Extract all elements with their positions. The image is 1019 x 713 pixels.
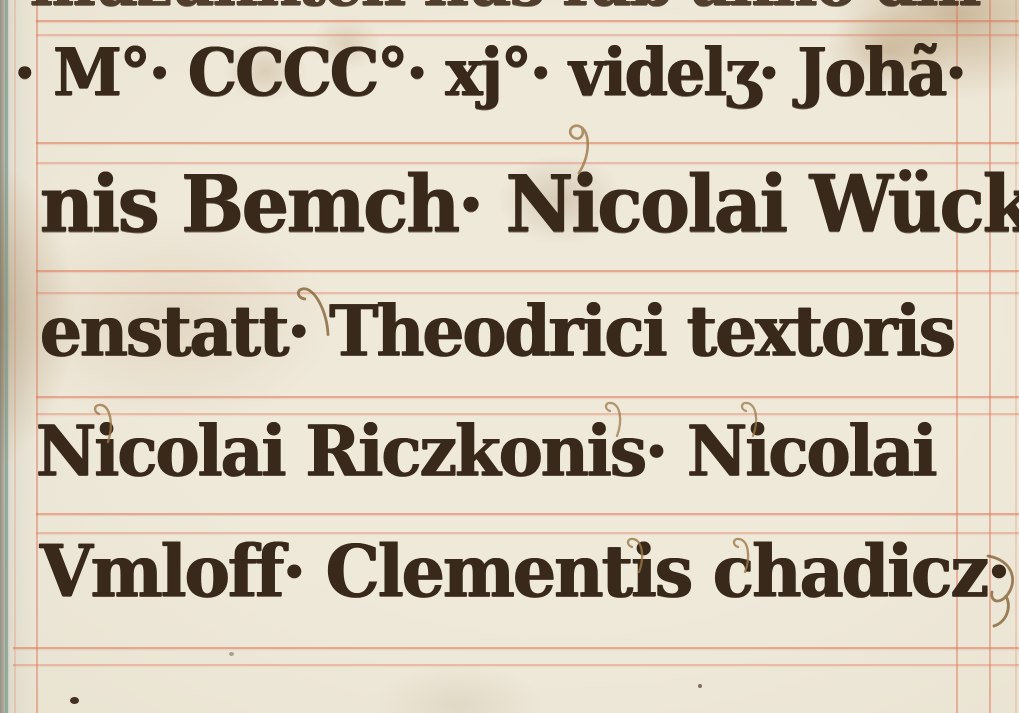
ruling-line-horizontal (13, 647, 1019, 649)
manuscript-line-6: Vmloff· Clementis chadicz· (40, 536, 1009, 608)
ink-speck (229, 652, 234, 656)
ruling-line-horizontal (36, 270, 1019, 272)
page-left-edge-line (5, 0, 8, 713)
manuscript-line-2: · M°· CCCC°· xj°· videlʒ· Johã· (14, 40, 965, 106)
ruling-line-horizontal (36, 513, 1019, 515)
ink-speck (70, 697, 79, 704)
ruling-line-vertical (1015, 0, 1017, 713)
ruling-line-horizontal (13, 664, 1019, 666)
ruling-line-horizontal (36, 142, 1019, 144)
manuscript-line-3: nis Bemch· Nicolai Wück (40, 166, 1019, 244)
manuscript-line-4: enstatt· Theodrici textoris (40, 296, 954, 366)
manuscript-line-1-cropped: muzunkten nus ſub anno dm (30, 0, 979, 16)
ruling-line-horizontal (36, 396, 1019, 398)
manuscript-line-5: Nicolai Riczkonis· Nicolai (36, 416, 936, 486)
ink-speck (698, 684, 702, 688)
manuscript-page: muzunkten nus ſub anno dm · M°· CCCC°· x… (0, 0, 1019, 713)
